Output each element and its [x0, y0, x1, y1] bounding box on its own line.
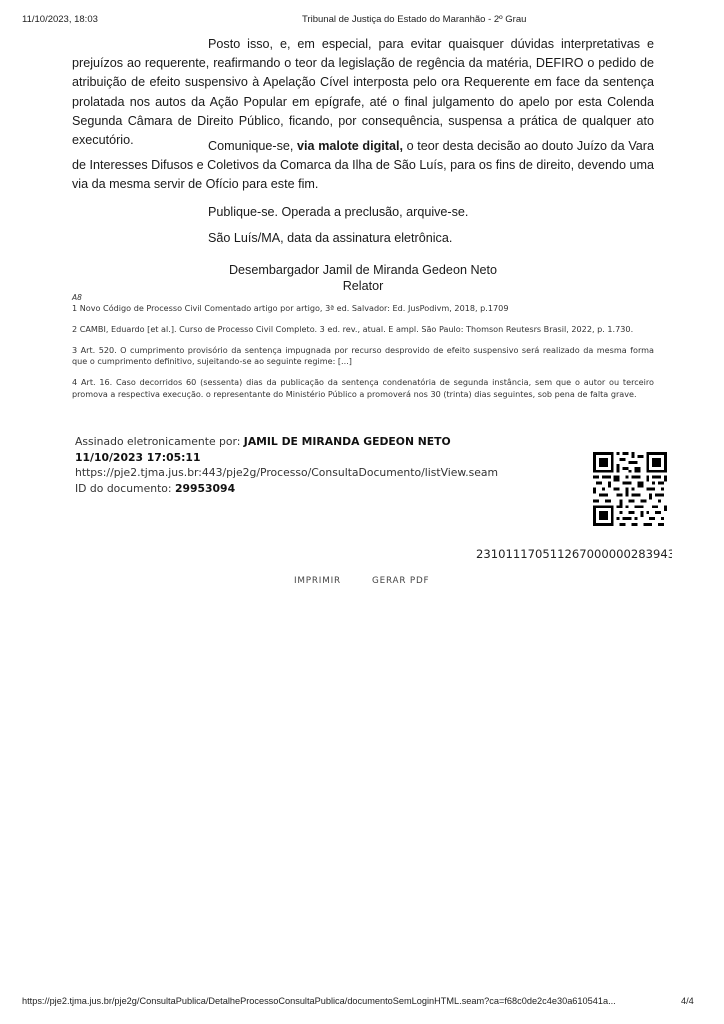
signer-name: Desembargador Jamil de Miranda Gedeon Ne… [72, 262, 654, 278]
signature-line: Desembargador Jamil de Miranda Gedeon Ne… [72, 262, 654, 294]
doc-id: 29953094 [175, 482, 235, 495]
paragraph-text: Posto isso, e, em especial, para evitar … [72, 35, 654, 150]
verification-code: 23101117051126700000028394311 [476, 547, 672, 561]
print-header: 11/10/2023, 18:03 Tribunal de Justiça do… [0, 14, 724, 28]
verify-url: https://pje2.tjma.jus.br:443/pje2g/Proce… [75, 465, 498, 481]
footnote: 3 Art. 520. O cumprimento provisório da … [72, 345, 654, 369]
qr-code-icon [593, 452, 667, 526]
paragraph-text: São Luís/MA, data da assinatura eletrôni… [72, 229, 654, 248]
electronic-signature-info: Assinado eletronicamente por: JAMIL DE M… [75, 434, 498, 496]
place-date-paragraph: São Luís/MA, data da assinatura eletrôni… [72, 229, 654, 248]
footnotes: A8 1 Novo Código de Processo Civil Comen… [72, 293, 654, 410]
author-initials: A8 [72, 293, 654, 303]
paragraph-text: Publique-se. Operada a preclusão, arquiv… [72, 203, 654, 222]
signed-by-label: Assinado eletronicamente por: [75, 435, 244, 448]
publish-paragraph: Publique-se. Operada a preclusão, arquiv… [72, 203, 654, 222]
page-url: https://pje2.tjma.jus.br/pje2g/ConsultaP… [22, 996, 616, 1006]
signed-at: 11/10/2023 17:05:11 [75, 451, 200, 464]
generate-pdf-button[interactable]: GERAR PDF [372, 576, 429, 586]
decision-paragraph: Posto isso, e, em especial, para evitar … [72, 35, 654, 150]
paragraph-text-start: Comunique-se, [208, 139, 297, 153]
doc-id-label: ID do documento: [75, 482, 175, 495]
signer-role: Relator [72, 278, 654, 294]
footnote: 4 Art. 16. Caso decorridos 60 (sessenta)… [72, 377, 654, 401]
signed-by-name: JAMIL DE MIRANDA GEDEON NETO [244, 435, 451, 448]
footnote: 2 CAMBI, Eduardo [et al.]. Curso de Proc… [72, 324, 654, 336]
footnote: 1 Novo Código de Processo Civil Comentad… [72, 303, 654, 315]
print-header-title: Tribunal de Justiça do Estado do Maranhã… [302, 14, 526, 25]
print-button[interactable]: IMPRIMIR [294, 576, 341, 586]
print-datetime: 11/10/2023, 18:03 [22, 14, 98, 25]
bold-text: via malote digital, [297, 139, 403, 153]
communication-paragraph: Comunique-se, via malote digital, o teor… [72, 137, 654, 195]
page-number: 4/4 [681, 996, 694, 1006]
